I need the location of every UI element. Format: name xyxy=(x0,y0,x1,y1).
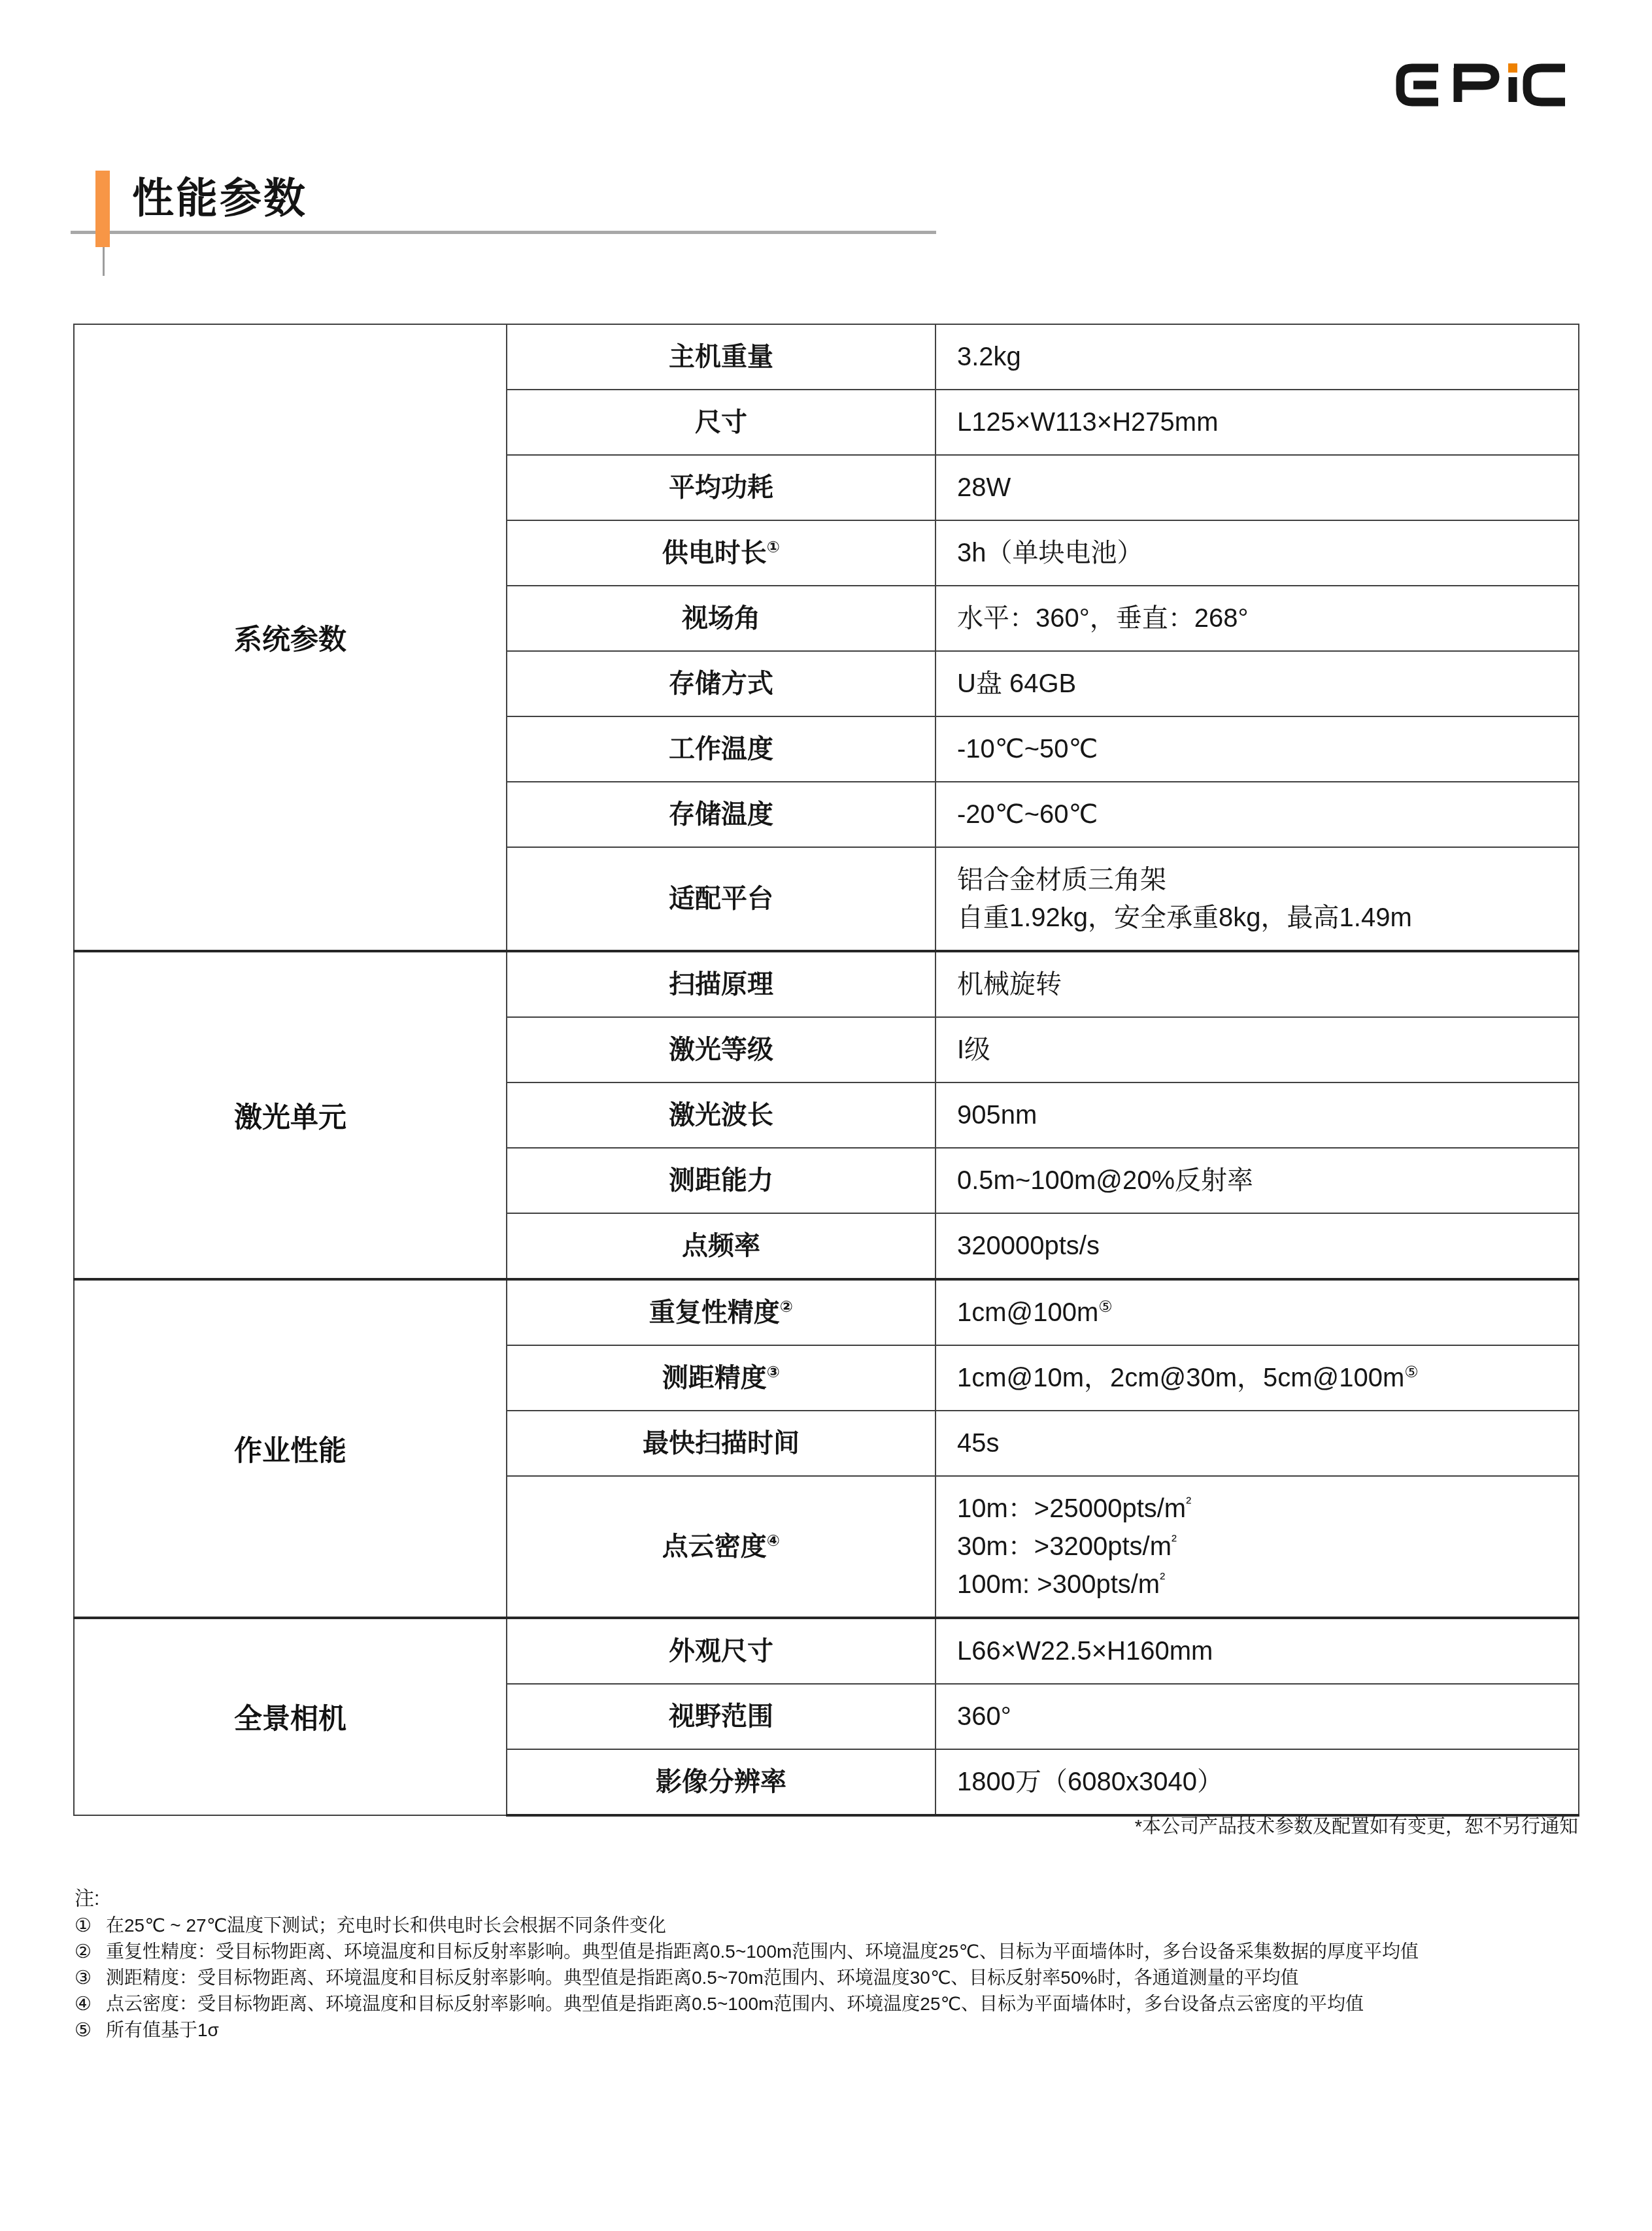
value-cell: 10m：>25000pts/m²30m：>3200pts/m²100m: >30… xyxy=(936,1476,1579,1618)
value-cell: 3.2kg xyxy=(936,324,1579,390)
notes-label: 注: xyxy=(75,1885,1579,1913)
category-cell: 激光单元 xyxy=(74,951,507,1279)
note-text: 所有值基于1σ xyxy=(106,2017,1579,2043)
value-cell: 905nm xyxy=(936,1082,1579,1148)
table-row: 作业性能重复性精度②1cm@100m⑤ xyxy=(74,1279,1579,1345)
value-cell: I级 xyxy=(936,1017,1579,1082)
value-cell: -20℃~60℃ xyxy=(936,782,1579,847)
page-title: 性能参数 xyxy=(132,171,307,226)
notes-list: ①在25℃ ~ 27℃温度下测试；充电时长和供电时长会根据不同条件变化②重复性精… xyxy=(75,1913,1579,2043)
epic-logo-mark xyxy=(1385,59,1581,111)
value-cell: 1cm@100m⑤ xyxy=(936,1279,1579,1345)
table-row: 激光单元扫描原理机械旋转 xyxy=(74,951,1579,1017)
note-marker: ③ xyxy=(75,1965,106,1991)
param-cell: 测距能力 xyxy=(507,1148,936,1213)
logo-i-dot xyxy=(1508,63,1517,73)
note-text: 重复性精度：受目标物距离、环境温度和目标反射率影响。典型值是指距离0.5~100… xyxy=(106,1939,1579,1965)
epic-logo xyxy=(1385,59,1581,111)
param-cell: 扫描原理 xyxy=(507,951,936,1017)
param-cell: 点频率 xyxy=(507,1213,936,1279)
param-cell: 影像分辨率 xyxy=(507,1749,936,1815)
note-item: ④点云密度：受目标物距离、环境温度和目标反射率影响。典型值是指距离0.5~100… xyxy=(75,1991,1579,2017)
param-cell: 测距精度③ xyxy=(507,1345,936,1411)
param-cell: 存储温度 xyxy=(507,782,936,847)
category-cell: 作业性能 xyxy=(74,1279,507,1618)
note-marker: ④ xyxy=(75,1991,106,2017)
disclaimer-text: *本公司产品技术参数及配置如有变更，恕不另行通知 xyxy=(1135,1812,1578,1839)
param-cell: 视野范围 xyxy=(507,1684,936,1749)
spec-table: 系统参数主机重量3.2kg尺寸L125×W113×H275mm平均功耗28W供电… xyxy=(73,324,1579,1817)
value-cell: 45s xyxy=(936,1411,1579,1476)
note-marker: ① xyxy=(75,1913,106,1939)
note-text: 在25℃ ~ 27℃温度下测试；充电时长和供电时长会根据不同条件变化 xyxy=(106,1913,1579,1939)
value-cell: L125×W113×H275mm xyxy=(936,390,1579,455)
note-text: 测距精度：受目标物距离、环境温度和目标反射率影响。典型值是指距离0.5~70m范… xyxy=(106,1965,1579,1991)
value-cell: 3h（单块电池） xyxy=(936,520,1579,586)
logo-letter-c xyxy=(1527,68,1565,102)
note-text: 点云密度：受目标物距离、环境温度和目标反射率影响。典型值是指距离0.5~100m… xyxy=(106,1991,1579,2017)
value-cell: 360° xyxy=(936,1684,1579,1749)
param-cell: 平均功耗 xyxy=(507,455,936,520)
param-cell: 适配平台 xyxy=(507,847,936,951)
note-item: ⑤所有值基于1σ xyxy=(75,2017,1579,2043)
note-marker: ② xyxy=(75,1939,106,1965)
note-item: ②重复性精度：受目标物距离、环境温度和目标反射率影响。典型值是指距离0.5~10… xyxy=(75,1939,1579,1965)
table-row: 系统参数主机重量3.2kg xyxy=(74,324,1579,390)
param-cell: 供电时长① xyxy=(507,520,936,586)
param-cell: 外观尺寸 xyxy=(507,1618,936,1684)
param-cell: 主机重量 xyxy=(507,324,936,390)
param-cell: 最快扫描时间 xyxy=(507,1411,936,1476)
value-cell: L66×W22.5×H160mm xyxy=(936,1618,1579,1684)
param-cell: 工作温度 xyxy=(507,716,936,782)
value-cell: 水平：360°，垂直：268° xyxy=(936,586,1579,651)
param-cell: 存储方式 xyxy=(507,651,936,716)
value-cell: 28W xyxy=(936,455,1579,520)
value-cell: U盘 64GB xyxy=(936,651,1579,716)
table-row: 全景相机外观尺寸L66×W22.5×H160mm xyxy=(74,1618,1579,1684)
param-cell: 激光波长 xyxy=(507,1082,936,1148)
value-cell: 320000pts/s xyxy=(936,1213,1579,1279)
title-underline xyxy=(71,231,936,234)
param-cell: 视场角 xyxy=(507,586,936,651)
param-cell: 点云密度④ xyxy=(507,1476,936,1618)
value-cell: 0.5m~100m@20%反射率 xyxy=(936,1148,1579,1213)
param-cell: 激光等级 xyxy=(507,1017,936,1082)
param-cell: 尺寸 xyxy=(507,390,936,455)
title-accent-bar xyxy=(95,171,110,247)
param-cell: 重复性精度② xyxy=(507,1279,936,1345)
value-cell: 1800万（6080x3040） xyxy=(936,1749,1579,1815)
value-cell: 1cm@10m，2cm@30m，5cm@100m⑤ xyxy=(936,1345,1579,1411)
value-cell: 铝合金材质三角架自重1.92kg，安全承重8kg，最高1.49m xyxy=(936,847,1579,951)
note-item: ①在25℃ ~ 27℃温度下测试；充电时长和供电时长会根据不同条件变化 xyxy=(75,1913,1579,1939)
value-cell: -10℃~50℃ xyxy=(936,716,1579,782)
category-cell: 全景相机 xyxy=(74,1618,507,1815)
notes-section: 注: ①在25℃ ~ 27℃温度下测试；充电时长和供电时长会根据不同条件变化②重… xyxy=(75,1885,1579,2043)
spec-sheet-page: 性能参数 系统参数主机重量3.2kg尺寸L125×W113×H275mm平均功耗… xyxy=(0,0,1652,2231)
note-item: ③测距精度：受目标物距离、环境温度和目标反射率影响。典型值是指距离0.5~70m… xyxy=(75,1965,1579,1991)
category-cell: 系统参数 xyxy=(74,324,507,951)
note-marker: ⑤ xyxy=(75,2017,106,2043)
title-tick-line xyxy=(103,247,105,276)
value-cell: 机械旋转 xyxy=(936,951,1579,1017)
